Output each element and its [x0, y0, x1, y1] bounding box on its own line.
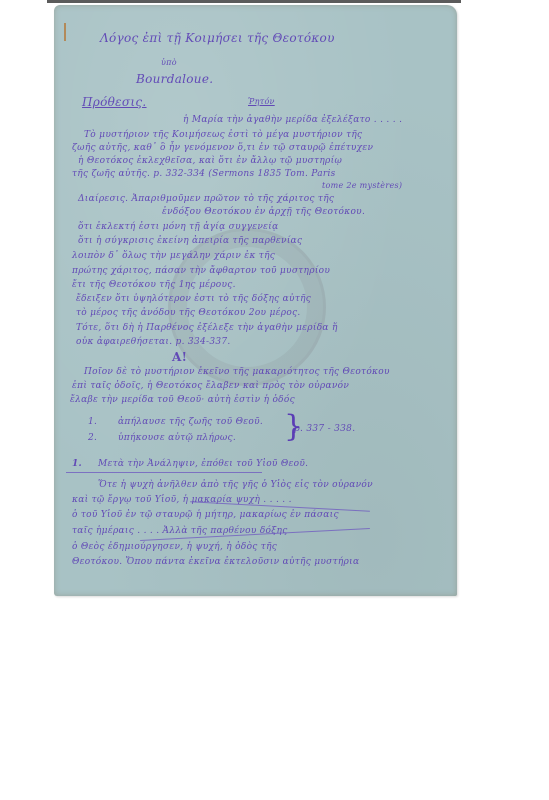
- text-line: ἡ Θεοτόκος ἐκλεχθεῖσα, καὶ ὅτι ἐν ἄλλῳ τ…: [78, 156, 342, 166]
- enum-text: ὑπήκουσε αὐτῷ πλήρως.: [118, 433, 236, 443]
- text-line: ὅτι ἡ σύγκρισις ἐκείνη ἀπειρία τῆς παρθε…: [78, 236, 302, 246]
- text-line: ζωῆς αὐτῆς, καθ᾽ ὃ ἦν γενόμενον ὅ,τι ἐν …: [72, 143, 373, 153]
- subsection-heading: Μετὰ τὴν Ἀνάληψιν, ἐπόθει τοῦ Υἱοῦ Θεοῦ.: [98, 459, 308, 469]
- enum-text: ἀπήλαυσε τῆς ζωῆς τοῦ Θεοῦ.: [118, 417, 263, 427]
- text-line: Ὅτε ἡ ψυχὴ ἀνῆλθεν ἀπὸ τῆς γῆς ὁ Υἱὸς εἰ…: [98, 480, 373, 490]
- author-prefix: ὑπὸ: [161, 58, 177, 67]
- rust-stain: [64, 23, 66, 41]
- text-line: καὶ τῷ ἔργῳ τοῦ Υἱοῦ, ἡ μακαρία ψυχὴ . .…: [72, 495, 292, 505]
- text-line: ὁ Θεὸς ἐδημιούργησεν, ἡ ψυχή, ἡ ὁδὸς τῆς: [72, 542, 277, 552]
- enum-reference: p. 337 - 338.: [294, 424, 355, 434]
- text-line: λοιπὸν δ᾽ ὅλως τὴν μεγάλην χάριν ἐκ τῆς: [72, 251, 275, 261]
- document-title: Λόγος ἐπὶ τῇ Κοιμήσει τῆς Θεοτόκου: [100, 31, 335, 45]
- text-line: οὐκ ἀφαιρεθήσεται. p. 334-337.: [76, 337, 231, 347]
- enum-number: 2.: [88, 433, 97, 443]
- author-name: Bourdaloue.: [136, 72, 213, 86]
- text-line: ἔτι τῆς Θεοτόκου τῆς 1ης μέρους.: [72, 280, 236, 290]
- text-line: Θεοτόκου. Ὅπου πάντα ἐκεῖνα ἐκτελοῦσιν α…: [72, 557, 359, 567]
- text-line: ὁ τοῦ Υἱοῦ ἐν τῷ σταυρῷ ἡ μήτηρ, μακαρίω…: [72, 510, 339, 520]
- heading-underline: [66, 472, 262, 473]
- text-line: ἐνδόξου Θεοτόκου ἐν ἀρχῇ τῆς Θεοτόκου.: [162, 207, 365, 217]
- text-line: Τὸ μυστήριον τῆς Κοιμήσεως ἐστὶ τὸ μέγα …: [84, 130, 362, 140]
- text-line: Διαίρεσις. Ἀπαριθμοῦμεν πρῶτον τὸ τῆς χά…: [78, 194, 334, 204]
- text-line: ἔδειξεν ὅτι ὑψηλότερον ἐστι τὸ τῆς δόξης…: [76, 294, 311, 304]
- part-marker: Α!: [172, 350, 187, 364]
- text-line: tome 2e mystères): [322, 181, 402, 190]
- text-line: τῆς ζωῆς αὐτῆς. p. 332-334 (Sermons 1835…: [72, 169, 336, 179]
- section-heading: Πρόθεσις.: [82, 95, 147, 109]
- subsection-number: 1.: [72, 459, 82, 469]
- text-line: Τότε, ὅτι δὴ ἡ Παρθένος ἐξέλεξε τὴν ἀγαθ…: [76, 323, 338, 333]
- text-line: τὸ μέρος τῆς ἀνόδου τῆς Θεοτόκου 2ου μέρ…: [76, 308, 301, 318]
- epigraph-text: ἡ Μαρία τὴν ἀγαθὴν μερίδα ἐξελέξατο . . …: [183, 115, 402, 125]
- text-line: ἐπὶ ταῖς ὁδοῖς, ἡ Θεοτόκος ἔλαβεν καὶ πρ…: [72, 381, 349, 391]
- text-line: ἔλαβε τὴν μερίδα τοῦ Θεοῦ· αὐτὴ ἐστὶν ἡ …: [70, 395, 295, 405]
- text-line: πρώτης χάριτος, πάσαν τὴν ἄφθαρτον τοῦ μ…: [72, 266, 330, 276]
- text-line: Ποῖον δὲ τὸ μυστήριον ἐκεῖνο τῆς μακαριό…: [84, 367, 390, 377]
- enum-number: 1.: [88, 417, 97, 427]
- scan-top-edge: [47, 0, 461, 3]
- epigraph-label: Ῥητόν: [248, 97, 275, 106]
- text-line: ὅτι ἐκλεκτή ἐστι μόνη τῇ ἁγίᾳ συγγενείᾳ: [78, 222, 278, 232]
